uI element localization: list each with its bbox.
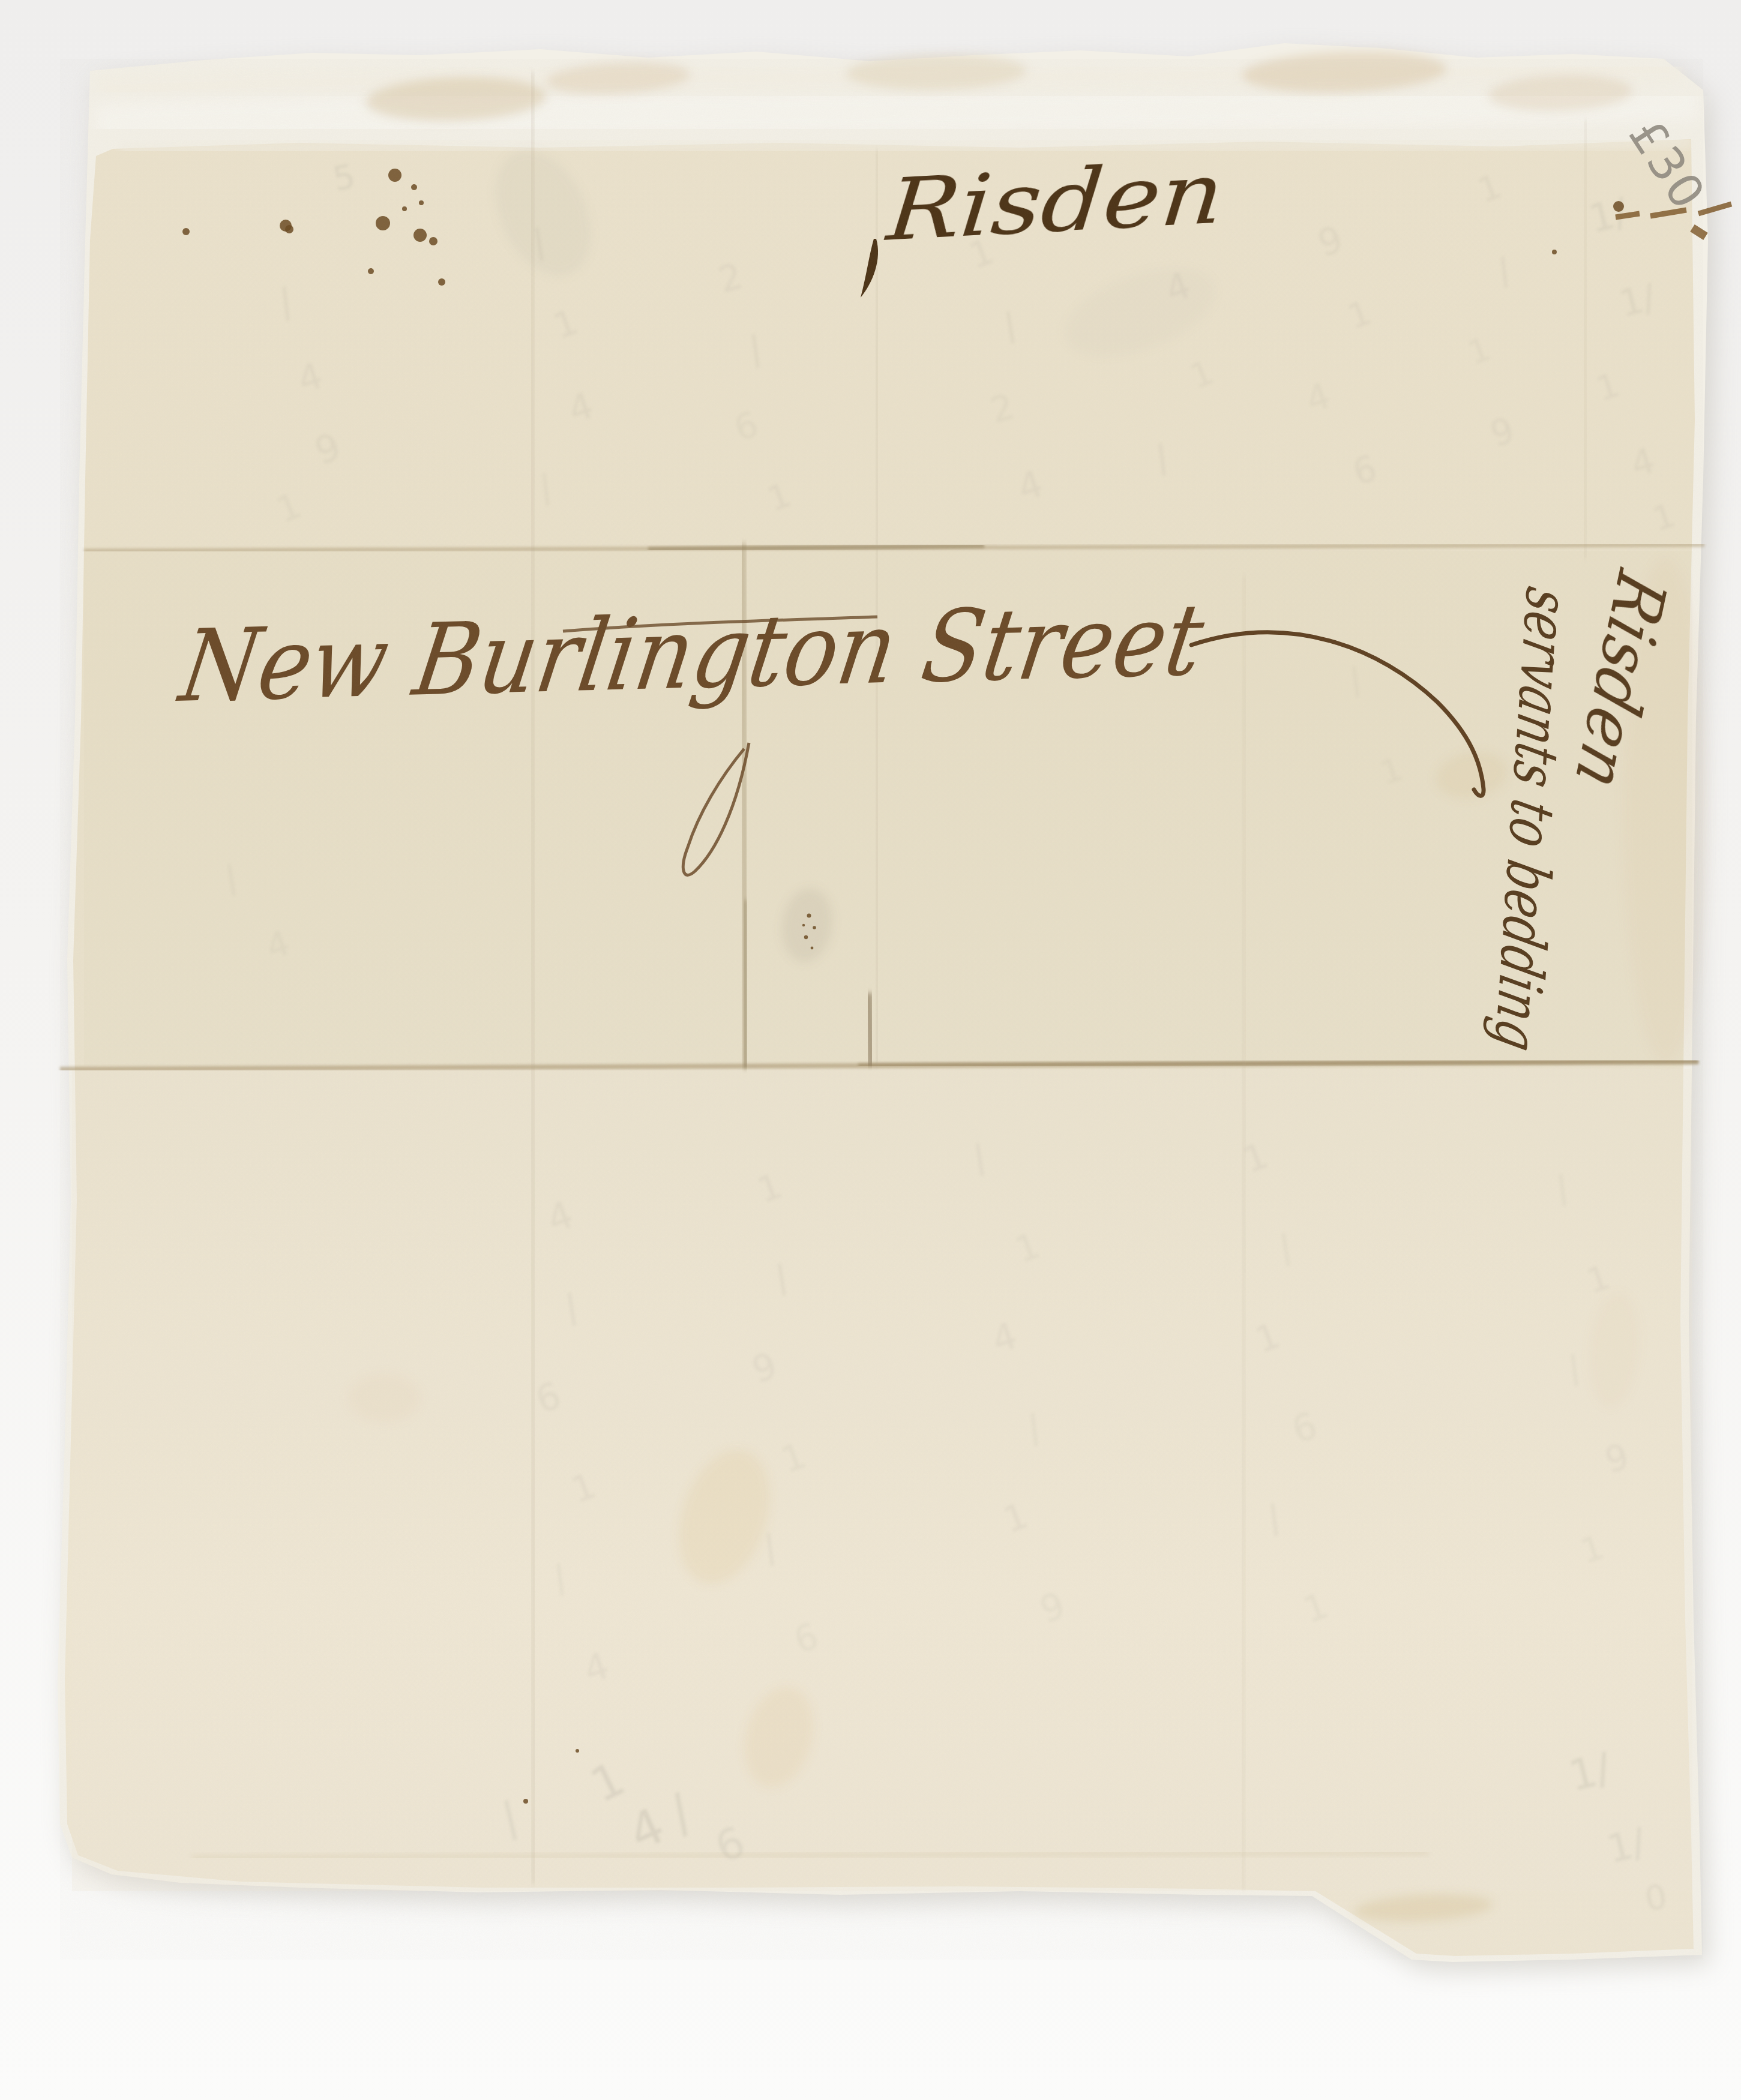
paper-grain (60, 59, 1703, 1960)
document-scan: /4915/14/2/611/2441/91461/191/1/141/4/14… (0, 0, 1741, 2100)
